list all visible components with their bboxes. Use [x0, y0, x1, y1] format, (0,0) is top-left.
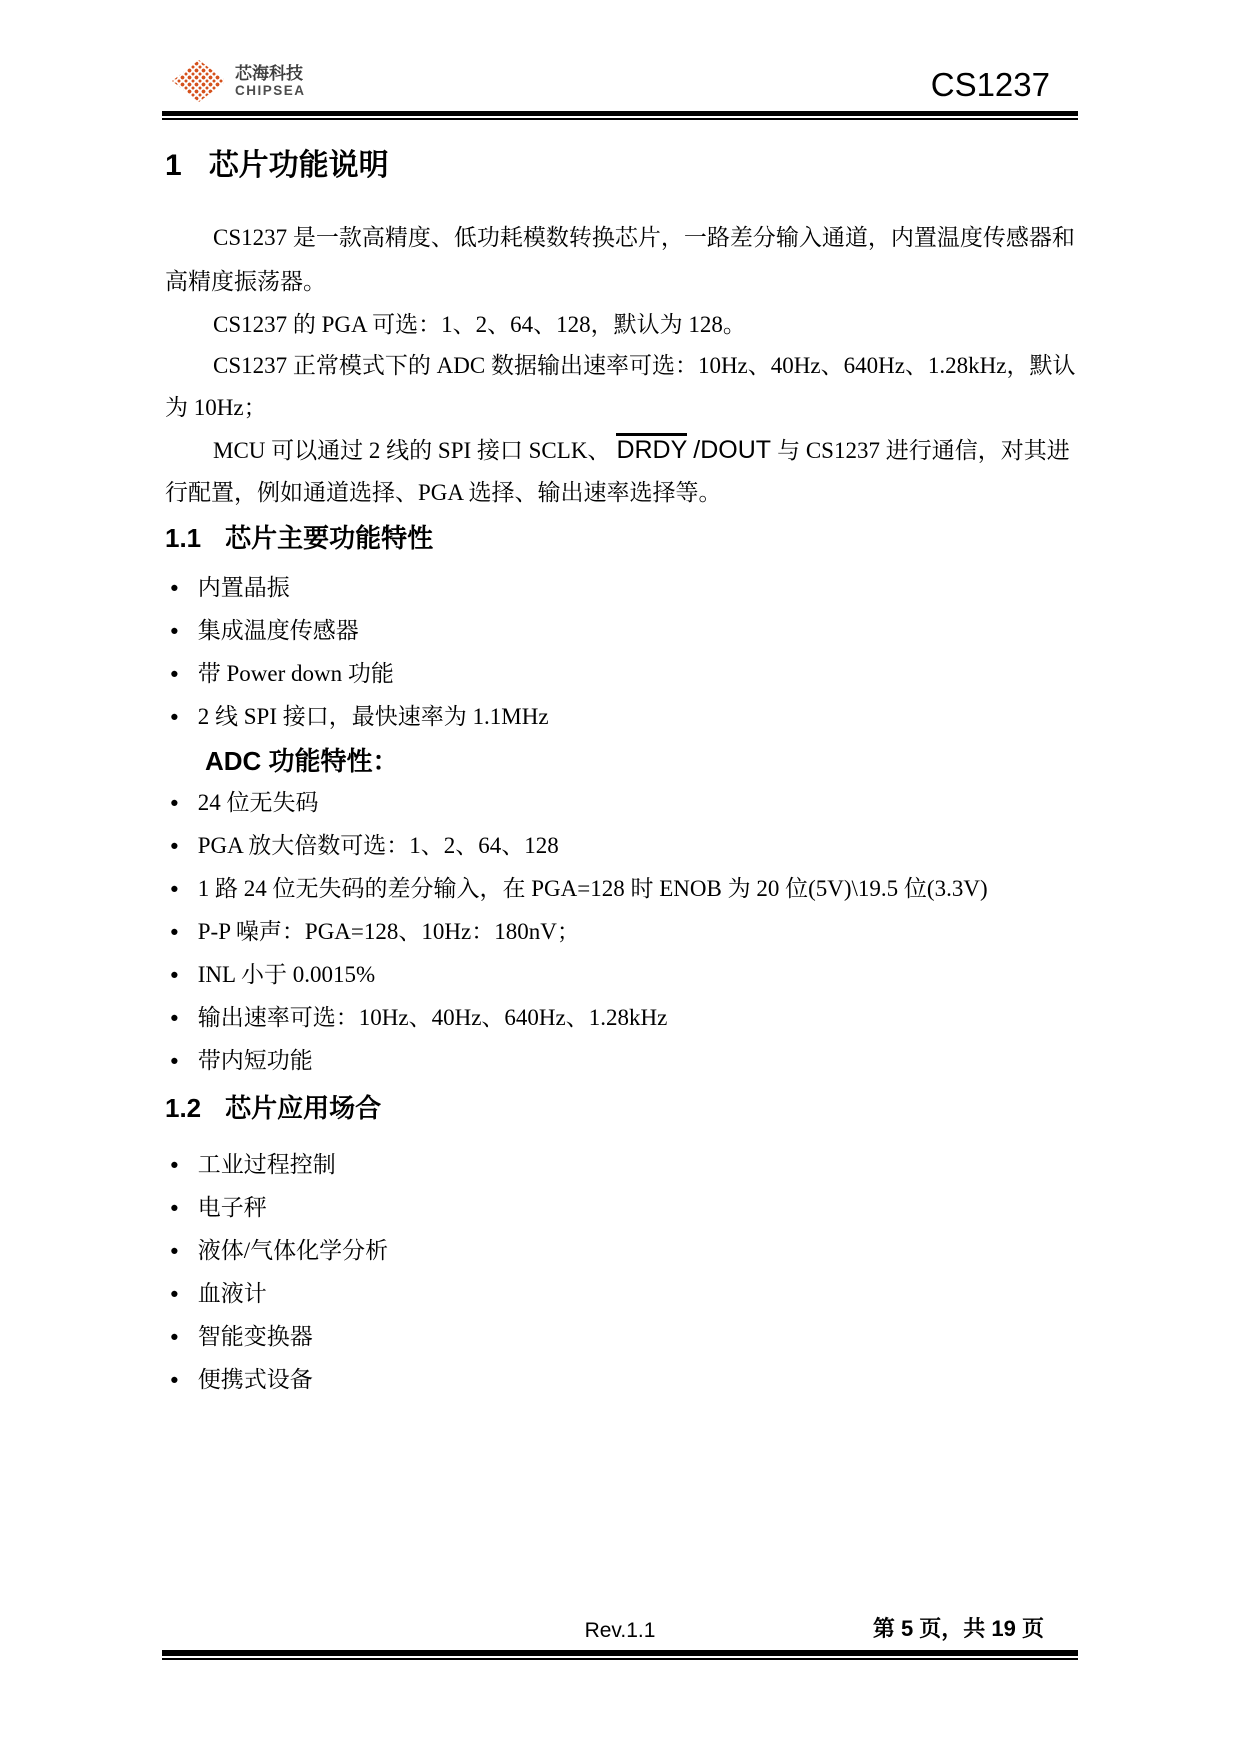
footer-rule	[162, 1650, 1078, 1660]
logo-company-name-cn: 芯海科技	[235, 64, 306, 83]
adc-bullet-item: P-P 噪声：PGA=128、10Hz：180nV；	[170, 917, 580, 947]
section-1-2-heading: 1.2芯片应用场合	[165, 1092, 381, 1124]
application-bullet-text: 液体/气体化学分析	[198, 1236, 388, 1266]
logo-company-name-en: CHIPSEA	[235, 83, 306, 98]
chipsea-logo-text: 芯海科技 CHIPSEA	[235, 64, 306, 98]
application-bullet-text: 电子秤	[198, 1193, 267, 1223]
feature-bullet-text: 内置晶振	[198, 573, 290, 603]
p4-post-text: 与 CS1237 进行通信，对其进	[777, 438, 1070, 463]
adc-bullet-text: INL 小于 0.0015%	[198, 960, 375, 990]
feature-bullet-text: 2 线 SPI 接口，最快速率为 1.1MHz	[198, 702, 549, 732]
adc-bullet-item: PGA 放大倍数可选：1、2、64、128	[170, 831, 559, 861]
application-bullet-item: 便携式设备	[170, 1365, 313, 1395]
application-bullet-text: 智能变换器	[198, 1322, 313, 1352]
adc-bullet-text: PGA 放大倍数可选：1、2、64、128	[198, 831, 559, 861]
application-bullet-text: 工业过程控制	[198, 1150, 336, 1180]
adc-bullet-item: 输出速率可选：10Hz、40Hz、640Hz、1.28kHz	[170, 1003, 667, 1033]
application-bullet-text: 血液计	[198, 1279, 267, 1309]
application-bullet-item: 电子秤	[170, 1193, 267, 1223]
adc-bullet-item: INL 小于 0.0015%	[170, 960, 375, 990]
paragraph-1-line-1: CS1237 是一款高精度、低功耗模数转换芯片，一路差分输入通道，内置温度传感器…	[213, 222, 1075, 254]
paragraph-3-line-1: CS1237 正常模式下的 ADC 数据输出速率可选：10Hz、40Hz、640…	[213, 350, 1075, 382]
section-1-1-number: 1.1	[165, 522, 201, 554]
header-rule-thin	[162, 118, 1078, 120]
chipsea-logo-icon	[172, 60, 226, 102]
application-bullet-item: 工业过程控制	[170, 1150, 336, 1180]
footer-page-info: 第 5 页，共 19 页	[873, 1616, 1044, 1642]
section-1-title: 1芯片功能说明	[165, 148, 389, 184]
section-1-2-number: 1.2	[165, 1092, 201, 1124]
application-bullet-item: 血液计	[170, 1279, 267, 1309]
adc-bullet-text: P-P 噪声：PGA=128、10Hz：180nV；	[198, 917, 580, 947]
footer-rule-thick	[162, 1650, 1078, 1656]
datasheet-page: 芯海科技 CHIPSEA CS1237 1芯片功能说明 CS1237 是一款高精…	[0, 0, 1240, 1754]
paragraph-4-line-2: 行配置，例如通道选择、PGA 选择、输出速率选择等。	[165, 477, 722, 509]
feature-bullet-item: 集成温度传感器	[170, 616, 359, 646]
dout-signal: /DOUT	[693, 436, 771, 464]
section-1-1-text: 芯片主要功能特性	[225, 522, 433, 554]
drdy-signal-overline: DRDY	[616, 436, 687, 464]
adc-features-subheading: ADC 功能特性：	[205, 745, 399, 777]
adc-bullet-item: 24 位无失码	[170, 788, 319, 818]
paragraph-3-line-2: 为 10Hz；	[165, 392, 267, 424]
section-1-1-heading: 1.1芯片主要功能特性	[165, 522, 433, 554]
adc-bullet-text: 24 位无失码	[198, 788, 319, 818]
adc-bullet-text: 输出速率可选：10Hz、40Hz、640Hz、1.28kHz	[198, 1003, 668, 1033]
adc-bullet-text: 1 路 24 位无失码的差分输入，在 PGA=128 时 ENOB 为 20 位…	[198, 874, 988, 904]
section-1-text: 芯片功能说明	[209, 148, 389, 184]
feature-bullet-item: 内置晶振	[170, 573, 290, 603]
application-bullet-text: 便携式设备	[198, 1365, 313, 1395]
footer-rule-thin	[162, 1658, 1078, 1660]
section-1-2-text: 芯片应用场合	[225, 1092, 381, 1124]
header-rule	[162, 111, 1078, 120]
adc-bullet-item: 1 路 24 位无失码的差分输入，在 PGA=128 时 ENOB 为 20 位…	[170, 874, 988, 904]
section-1-number: 1	[165, 148, 182, 184]
chipsea-logo: 芯海科技 CHIPSEA	[172, 60, 306, 102]
doc-code: CS1237	[931, 68, 1050, 102]
feature-bullet-item: 2 线 SPI 接口，最快速率为 1.1MHz	[170, 702, 549, 732]
feature-bullet-text: 集成温度传感器	[198, 616, 359, 646]
header-rule-thick	[162, 111, 1078, 116]
footer-revision: Rev.1.1	[540, 1618, 700, 1644]
paragraph-2: CS1237 的 PGA 可选：1、2、64、128，默认为 128。	[213, 309, 746, 341]
adc-bullet-item: 带内短功能	[170, 1046, 313, 1076]
paragraph-1-line-2: 高精度振荡器。	[165, 266, 326, 298]
adc-bullet-text: 带内短功能	[198, 1046, 313, 1076]
application-bullet-item: 智能变换器	[170, 1322, 313, 1352]
application-bullet-item: 液体/气体化学分析	[170, 1236, 388, 1266]
paragraph-4-line-1: MCU 可以通过 2 线的 SPI 接口 SCLK、DRDY/DOUT与 CS1…	[213, 434, 1070, 467]
feature-bullet-text: 带 Power down 功能	[198, 659, 394, 689]
p4-pre-text: MCU 可以通过 2 线的 SPI 接口 SCLK、	[213, 438, 610, 463]
feature-bullet-item: 带 Power down 功能	[170, 659, 394, 689]
